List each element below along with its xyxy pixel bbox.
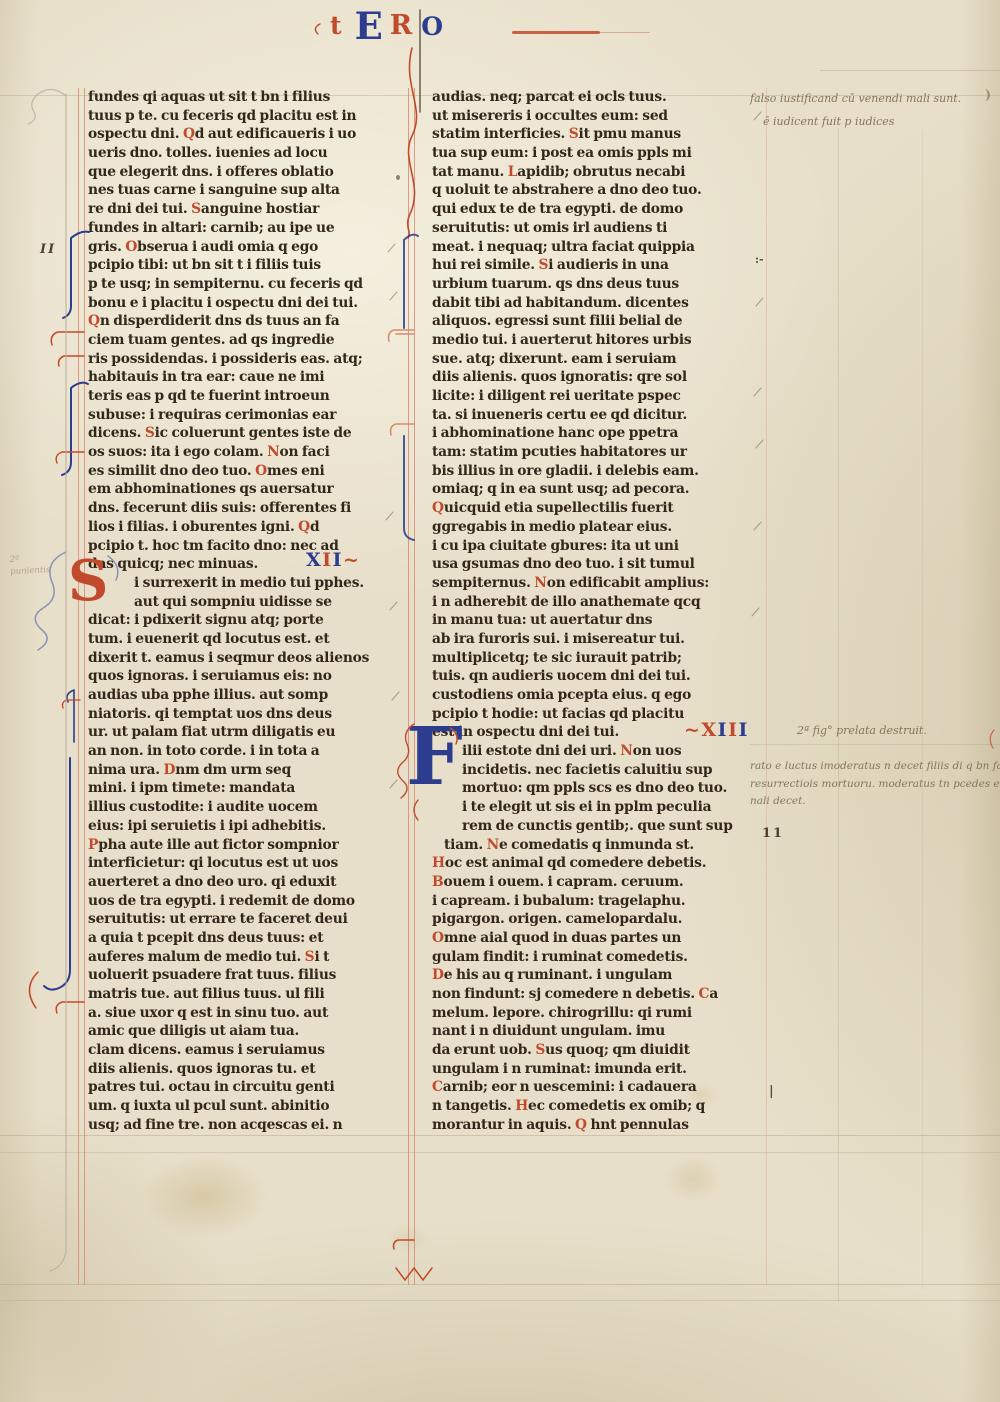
title-cadel-flourish (408, 48, 417, 238)
left-blue-bar (63, 232, 89, 318)
left-grey-line (28, 89, 66, 1271)
line-end-flicks (752, 112, 763, 616)
gutter-hook (391, 424, 414, 435)
title-tick (315, 24, 320, 34)
edge-red-tick (990, 730, 994, 748)
gutter-zigzag (394, 1240, 433, 1280)
line-end-flicks (386, 244, 399, 788)
initial-f-filigree (398, 724, 457, 820)
manuscript-page: tERO fundes qi aquas ut sit t bn i filiu… (0, 0, 1000, 1402)
left-red-hooks (51, 332, 84, 366)
left-red-hook (62, 700, 80, 708)
gutter-blue-bar (404, 235, 418, 540)
left-blue-bar (67, 690, 74, 742)
left-red-flourish (29, 972, 84, 1013)
gutter-hook (389, 330, 414, 341)
penwork-flourish-overlay (0, 0, 1000, 1402)
initial-s-filigree (35, 552, 118, 650)
